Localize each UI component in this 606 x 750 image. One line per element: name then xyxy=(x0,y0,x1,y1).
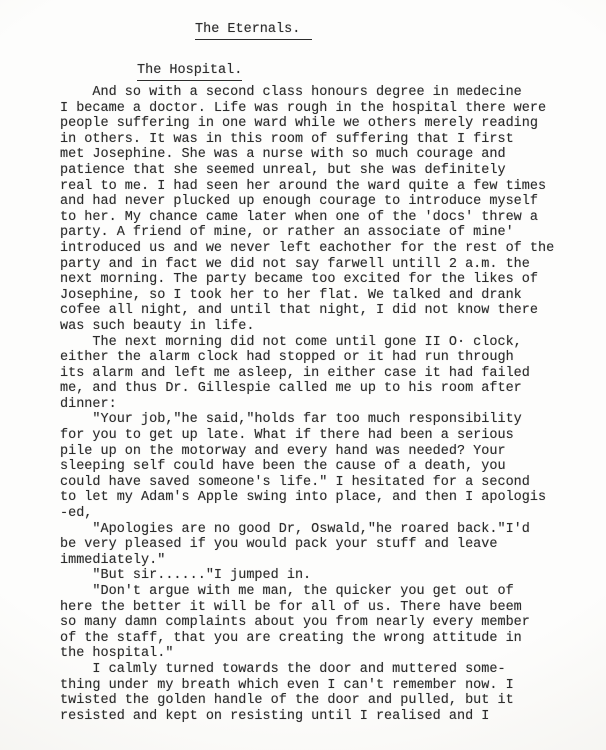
text-line: And so with a second class honours degre… xyxy=(60,85,606,101)
text-line: "Apologies are no good Dr, Oswald,"he ro… xyxy=(60,522,606,538)
text-line: immediately." xyxy=(60,553,606,569)
text-line: I became a doctor. Life was rough in the… xyxy=(60,101,606,117)
text-line: the hospital." xyxy=(60,646,606,662)
text-line: be very pleased if you would pack your s… xyxy=(60,537,606,553)
text-line: cofee all night, and until that night, I… xyxy=(60,303,606,319)
text-line: introduced us and we never left eachothe… xyxy=(60,241,606,257)
text-line: and had never plucked up enough courage … xyxy=(60,194,606,210)
text-line: real to me. I had seen her around the wa… xyxy=(60,179,606,195)
text-line: Josephine, so I took her to her flat. We… xyxy=(60,288,606,304)
text-line: to let my Adam's Apple swing into place,… xyxy=(60,490,606,506)
text-line: here the better it will be for all of us… xyxy=(60,600,606,616)
text-line: could have saved someone's life." I hesi… xyxy=(60,475,606,491)
text-line: "Your job,"he said,"holds far too much r… xyxy=(60,412,606,428)
manuscript-body-text: And so with a second class honours degre… xyxy=(60,85,606,724)
section-heading: The Hospital. xyxy=(137,63,242,81)
text-line: thing under my breath which even I can't… xyxy=(60,678,606,694)
text-line: dinner: xyxy=(60,397,606,413)
text-line: "But sir......"I jumped in. xyxy=(60,568,606,584)
text-line: its alarm and left me asleep, in either … xyxy=(60,366,606,382)
text-line: I calmly turned towards the door and mut… xyxy=(60,662,606,678)
page-title: The Eternals. xyxy=(195,22,312,40)
text-line: met Josephine. She was a nurse with so m… xyxy=(60,147,606,163)
text-line: for you to get up late. What if there ha… xyxy=(60,428,606,444)
text-line: so many damn complaints about you from n… xyxy=(60,615,606,631)
document-title-row: The Eternals. xyxy=(195,22,606,41)
text-line: party and in fact we did not say farwell… xyxy=(60,257,606,273)
text-line: resisted and kept on resisting until I r… xyxy=(60,709,606,725)
text-line: people suffering in one ward while we ot… xyxy=(60,116,606,132)
text-line: next morning. The party became too excit… xyxy=(60,272,606,288)
typewritten-manuscript-page: The Eternals. The Hospital. And so with … xyxy=(0,0,606,750)
text-line: in others. It was in this room of suffer… xyxy=(60,132,606,148)
text-line: "Don't argue with me man, the quicker yo… xyxy=(60,584,606,600)
text-line: of the staff, that you are creating the … xyxy=(60,631,606,647)
text-line: -ed, xyxy=(60,506,606,522)
text-line: was such beauty in life. xyxy=(60,319,606,335)
text-line: twisted the golden handle of the door an… xyxy=(60,693,606,709)
text-line: pile up on the motorway and every hand w… xyxy=(60,444,606,460)
text-line: me, and thus Dr. Gillespie called me up … xyxy=(60,381,606,397)
text-line: sleeping self could have been the cause … xyxy=(60,459,606,475)
section-heading-row: The Hospital. xyxy=(137,63,606,83)
text-line: either the alarm clock had stopped or it… xyxy=(60,350,606,366)
text-line: patience that she seemed unreal, but she… xyxy=(60,163,606,179)
text-line: The next morning did not come until gone… xyxy=(60,335,606,351)
text-line: to her. My chance came later when one of… xyxy=(60,210,606,226)
text-line: party. A friend of mine, or rather an as… xyxy=(60,225,606,241)
